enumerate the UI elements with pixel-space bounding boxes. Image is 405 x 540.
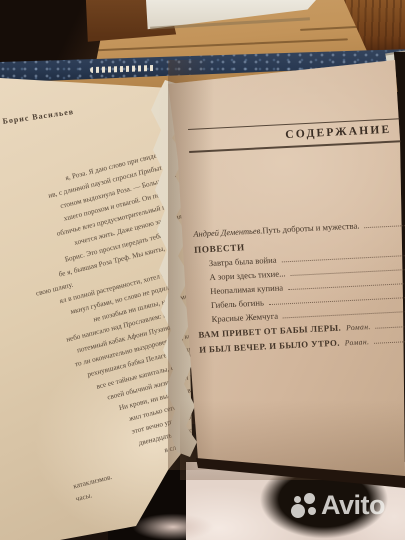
- toc-title: Гибель богинь: [211, 297, 264, 310]
- toc-title: Неопалимая купина: [210, 282, 283, 296]
- dotted-leader: [282, 255, 405, 262]
- avito-watermark: Avito: [291, 490, 385, 521]
- book-photo: Борис Васильев я, Роза. Я даю слово при …: [0, 0, 405, 540]
- toc-title: ПОВЕСТИ: [194, 242, 245, 255]
- table-of-contents: СОДЕРЖАНИЕ Андрей Дементьев. Путь доброт…: [188, 118, 405, 354]
- toc-list: Андрей Дементьев. Путь доброты и мужеств…: [193, 218, 405, 355]
- dotted-leader: [269, 297, 405, 305]
- toc-title: А зори здесь тихие...: [209, 268, 285, 282]
- avito-logo-text: Avito: [321, 490, 385, 521]
- toc-author: Андрей Дементьев.: [193, 226, 262, 238]
- left-page-running-header: Борис Васильев: [2, 107, 75, 126]
- dotted-leader: [376, 326, 405, 329]
- toc-title: ВАМ ПРИВЕТ ОТ БАБЫ ЛЕРЫ.: [198, 322, 341, 339]
- toc-title: Путь доброты и мужества.: [262, 220, 360, 235]
- toc-genre-note: Роман.: [345, 337, 370, 347]
- dotted-leader: [288, 283, 405, 290]
- dotted-leader: [283, 311, 405, 318]
- dotted-leader: [364, 225, 405, 228]
- toc-title: Завтра была война: [209, 254, 277, 267]
- toc-title: Красные Жемчуга: [211, 310, 278, 323]
- toc-genre-note: Роман.: [346, 322, 371, 332]
- dotted-leader: [374, 341, 405, 344]
- dotted-leader: [291, 269, 405, 276]
- avito-logo-icon: [291, 493, 318, 518]
